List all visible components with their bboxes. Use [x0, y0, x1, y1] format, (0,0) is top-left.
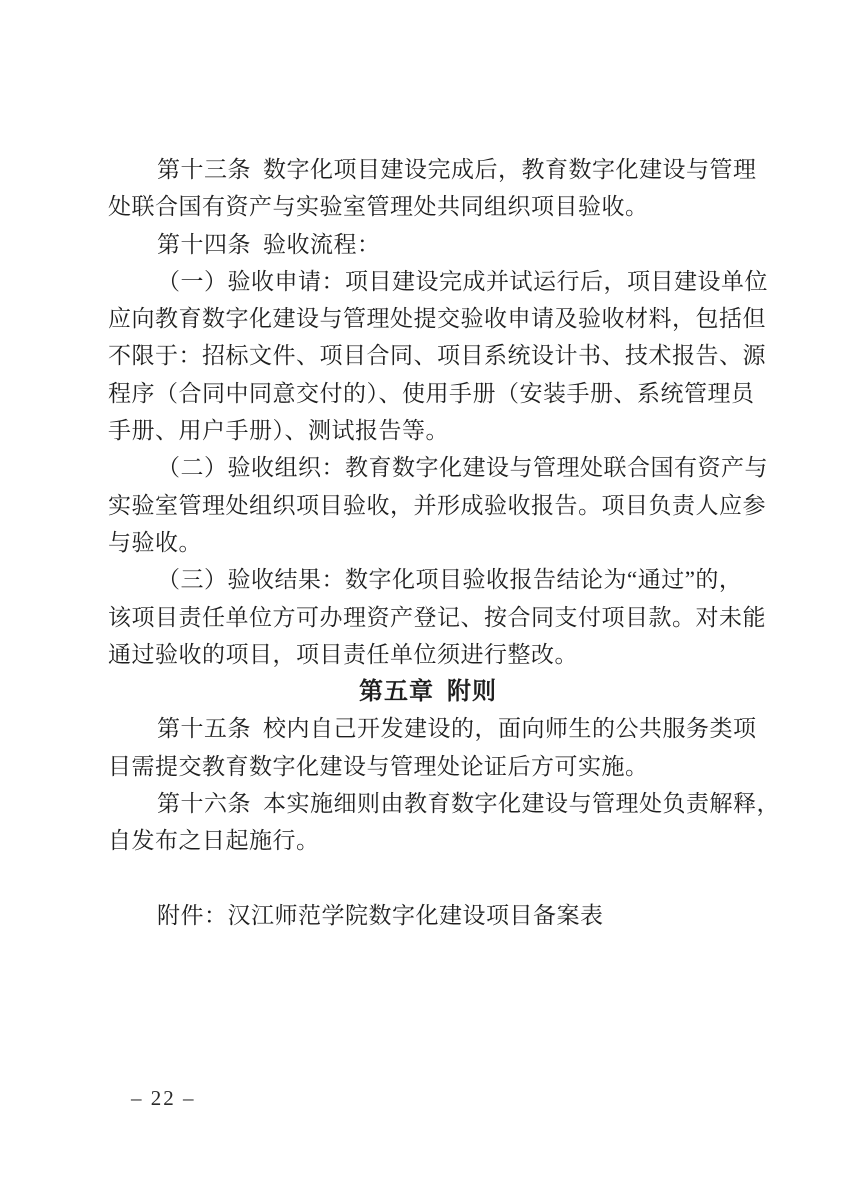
- text-line: （二）验收组织：教育数字化建设与管理处联合国有资产与: [108, 449, 748, 486]
- attachment-note: 附件：汉江师范学院数字化建设项目备案表: [108, 897, 748, 934]
- text-line: 与验收。: [108, 524, 748, 561]
- text-line: 第十四条 验收流程：: [108, 226, 748, 263]
- text-line: 应向教育数字化建设与管理处提交验收申请及验收材料，包括但: [108, 300, 748, 337]
- document-page: 第十三条 数字化项目建设完成后，教育数字化建设与管理 处联合国有资产与实验室管理…: [0, 0, 850, 1202]
- text-line: 自发布之日起施行。: [108, 822, 748, 859]
- text-line: 不限于：招标文件、项目合同、项目系统设计书、技术报告、源: [108, 337, 748, 374]
- page-number: – 22 –: [131, 1086, 196, 1111]
- text-line: 第十六条 本实施细则由教育数字化建设与管理处负责解释，: [108, 785, 748, 822]
- document-body: 第十三条 数字化项目建设完成后，教育数字化建设与管理 处联合国有资产与实验室管理…: [108, 151, 748, 934]
- text-line: （一）验收申请：项目建设完成并试运行后，项目建设单位: [108, 263, 748, 300]
- text-line: 通过验收的项目，项目责任单位须进行整改。: [108, 636, 748, 673]
- text-line: 第十五条 校内自己开发建设的，面向师生的公共服务类项: [108, 710, 748, 747]
- text-line: 手册、用户手册）、测试报告等。: [108, 412, 748, 449]
- text-line: 实验室管理处组织项目验收，并形成验收报告。项目负责人应参: [108, 487, 748, 524]
- text-line: 目需提交教育数字化建设与管理处论证后方可实施。: [108, 748, 748, 785]
- text-line: 程序（合同中同意交付的）、使用手册（安装手册、系统管理员: [108, 375, 748, 412]
- text-line: 处联合国有资产与实验室管理处共同组织项目验收。: [108, 188, 748, 225]
- blank-line: [108, 860, 748, 897]
- text-line: （三）验收结果：数字化项目验收报告结论为“通过”的，: [108, 561, 748, 598]
- chapter-heading: 第五章 附则: [108, 673, 748, 710]
- text-line: 第十三条 数字化项目建设完成后，教育数字化建设与管理: [108, 151, 748, 188]
- text-line: 该项目责任单位方可办理资产登记、按合同支付项目款。对未能: [108, 599, 748, 636]
